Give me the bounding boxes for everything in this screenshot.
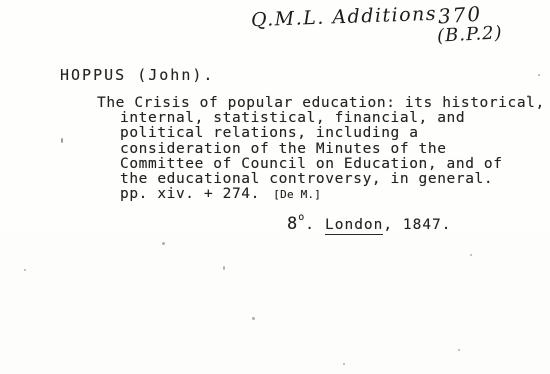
handwritten-pressmark: (B.P.2)	[436, 22, 503, 46]
author-heading: HOPPUS (John).	[60, 66, 214, 84]
collation: pp. xiv. + 274.	[120, 186, 260, 202]
ink-speck	[343, 363, 345, 365]
title-line: Committee of Council on Education, and o…	[120, 157, 545, 172]
ink-speck	[24, 269, 26, 271]
ink-speck	[538, 74, 540, 76]
collation-line: pp. xiv. + 274. [De M.]	[120, 187, 545, 202]
imprint-date: , 1847.	[383, 217, 451, 233]
provenance-note: [De M.]	[273, 188, 321, 201]
ink-speck	[61, 138, 63, 143]
format-size: 8	[287, 214, 298, 234]
title-line: consideration of the Minutes of the	[120, 142, 545, 157]
title-line: political relations, including a	[120, 126, 545, 141]
imprint-separator: .	[305, 217, 315, 233]
imprint-place: London	[325, 217, 383, 235]
ink-speck	[162, 242, 165, 245]
catalog-card-scan: Q.M.L. Additions 370 (B.P.2) HOPPUS (Joh…	[0, 0, 550, 374]
ink-speck	[527, 95, 530, 98]
ink-speck	[223, 266, 225, 270]
ink-speck	[458, 349, 460, 351]
title-paragraph: The Crisis of popular education: its his…	[97, 96, 545, 202]
imprint-line: 8o.London, 1847.	[287, 212, 452, 234]
title-line: internal, statistical, financial, and	[120, 111, 545, 126]
handwritten-collection-note: Q.M.L. Additions	[251, 3, 438, 31]
ink-speck	[470, 254, 472, 256]
title-line: the educational controversy, in general.	[120, 172, 545, 187]
title-line: The Crisis of popular education: its his…	[97, 96, 545, 111]
ink-speck	[252, 317, 255, 320]
